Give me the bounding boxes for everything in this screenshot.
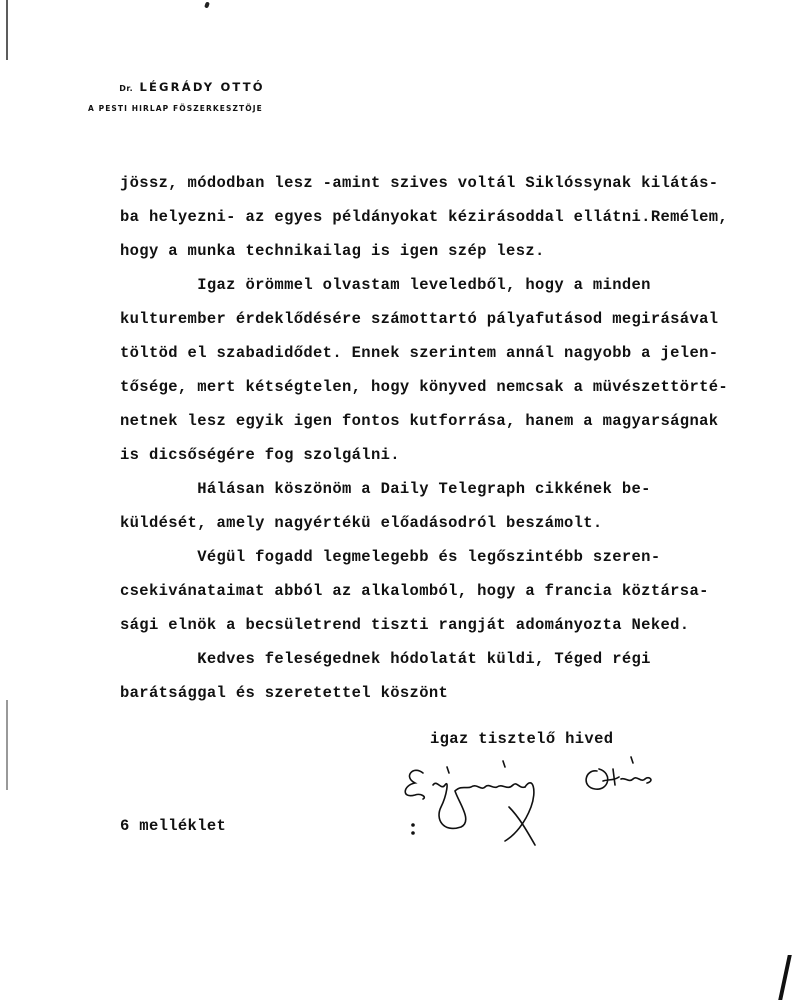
letterhead: Dr. LÉGRÁDY OTTÓ A PESTI HIRLAP FÖSZERKE… xyxy=(88,80,288,113)
scan-margin-line xyxy=(6,700,8,790)
signature-icon xyxy=(385,755,705,855)
body-line: sági elnök a becsületrend tiszti rangját… xyxy=(120,608,780,642)
body-line: netnek lesz egyik igen fontos kutforrása… xyxy=(120,404,780,438)
body-line: csekivánataimat abból az alkalomból, hog… xyxy=(120,574,780,608)
body-line: küldését, amely nagyértékü előadásodról … xyxy=(120,506,780,540)
body-line: is dicsőségére fog szolgálni. xyxy=(120,438,780,472)
body-line: Igaz örömmel olvastam leveledből, hogy a… xyxy=(120,268,780,302)
letterhead-name-prefix: Dr. xyxy=(119,84,133,93)
body-line: Hálásan köszönöm a Daily Telegraph cikké… xyxy=(120,472,780,506)
letterhead-name-text: LÉGRÁDY OTTÓ xyxy=(139,80,264,94)
scan-speck xyxy=(204,1,210,8)
scan-edge-line xyxy=(6,0,8,60)
letter-body: jössz, módodban lesz -amint szives voltá… xyxy=(120,166,780,710)
scan-corner-mark xyxy=(778,955,792,1000)
body-line: töltöd el szabadidődet. Ennek szerintem … xyxy=(120,336,780,370)
body-line: hogy a munka technikailag is igen szép l… xyxy=(120,234,780,268)
body-line: tősége, mert kétségtelen, hogy könyved n… xyxy=(120,370,780,404)
letterhead-title: A PESTI HIRLAP FÖSZERKESZTÖJE xyxy=(88,104,288,113)
body-line: Kedves feleségednek hódolatát küldi, Tég… xyxy=(120,642,780,676)
body-line: jössz, módodban lesz -amint szives voltá… xyxy=(120,166,780,200)
body-line: Végül fogadd legmelegebb és legőszintébb… xyxy=(120,540,780,574)
attachment-note: 6 melléklet xyxy=(120,817,226,835)
closing-phrase: igaz tisztelő hived xyxy=(430,730,613,748)
body-line: barátsággal és szeretettel köszönt xyxy=(120,676,780,710)
body-line: kulturember érdeklődésére számottartó pá… xyxy=(120,302,780,336)
letterhead-name: Dr. LÉGRÁDY OTTÓ xyxy=(96,80,288,94)
body-line: ba helyezni- az egyes példányokat kézirá… xyxy=(120,200,780,234)
